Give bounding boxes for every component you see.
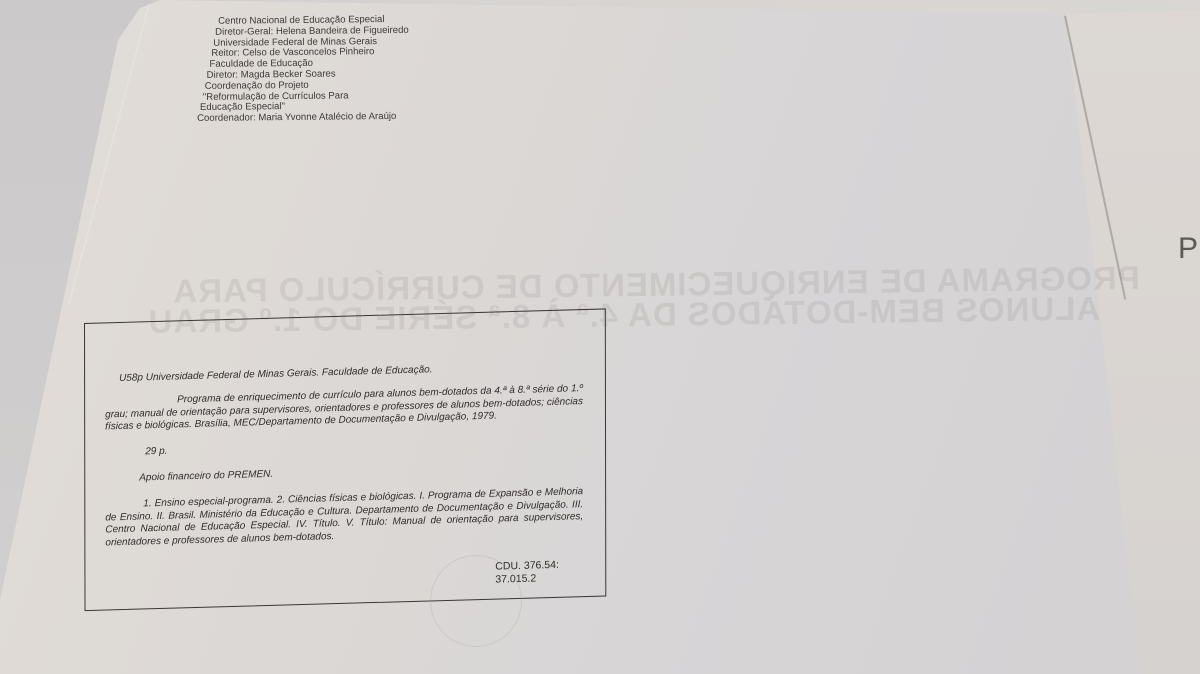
card-title-statement: Programa de enriquecimento de currículo … bbox=[105, 383, 583, 434]
card-subjects: 1. Ensino especial-programa. 2. Ciências… bbox=[105, 486, 583, 550]
card-main-entry: U58p Universidade Federal de Minas Gerai… bbox=[119, 364, 432, 385]
card-note: Apoio financeiro do PREMEN. bbox=[139, 469, 273, 485]
catalog-card: U58p Universidade Federal de Minas Gerai… bbox=[84, 308, 606, 611]
credit-line: Coordenador: Maria Yvonne Atalécio de Ar… bbox=[197, 112, 410, 125]
faint-stamp bbox=[430, 555, 522, 647]
next-page-title-letter: P bbox=[1178, 232, 1198, 266]
card-pages: 29 p. bbox=[145, 446, 167, 459]
credits-block: Centro Nacional de Educação Especial Dir… bbox=[196, 15, 410, 125]
